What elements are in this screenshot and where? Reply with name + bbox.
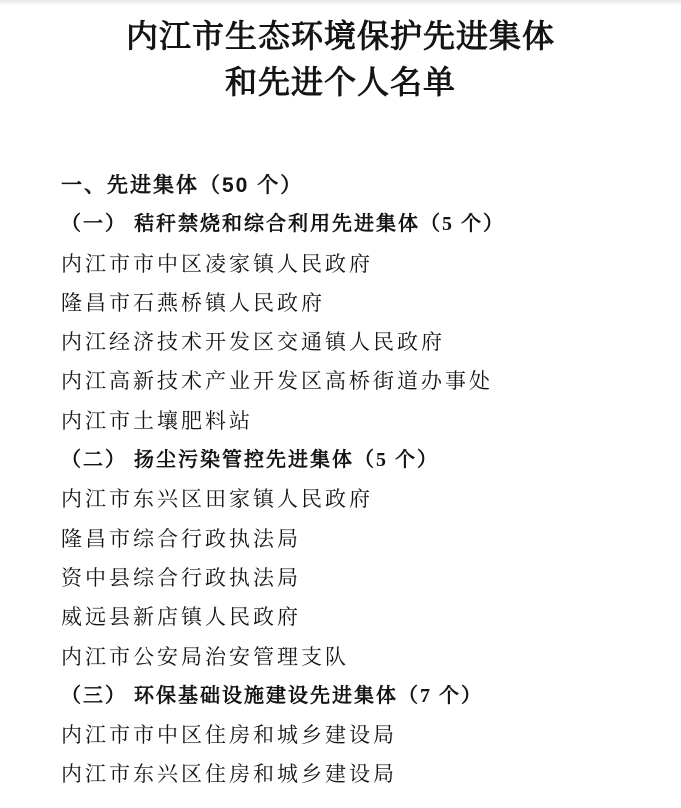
list-item: 资中县综合行政执法局 <box>61 559 681 598</box>
subsection-heading: （三） 环保基础设施建设先进集体（7 个） <box>61 677 681 716</box>
list-item: 内江经济技术开发区交通镇人民政府 <box>61 323 681 362</box>
list-item: 隆昌市石燕桥镇人民政府 <box>61 284 681 323</box>
list-item: 内江市东兴区田家镇人民政府 <box>61 480 681 519</box>
subsection-heading: （一） 秸秆禁烧和综合利用先进集体（5 个） <box>61 205 681 244</box>
list-item: 内江市公安局治安管理支队 <box>61 638 681 677</box>
section-heading: 一、先进集体（50 个） <box>61 166 681 205</box>
list-item: 威远县新店镇人民政府 <box>61 598 681 637</box>
list-item: 内江市市中区住房和城乡建设局 <box>61 716 681 755</box>
list-item: 内江市市中区凌家镇人民政府 <box>61 245 681 284</box>
list-item: 内江市东兴区住房和城乡建设局 <box>61 755 681 794</box>
subsection-heading: （二） 扬尘污染管控先进集体（5 个） <box>61 441 681 480</box>
title-line-2: 和先进个人名单 <box>0 59 681 105</box>
title-line-1: 内江市生态环境保护先进集体 <box>0 13 681 59</box>
list-item: 内江高新技术产业开发区高桥街道办事处 <box>61 362 681 401</box>
page-top-edge <box>0 0 681 6</box>
list-item: 内江市土壤肥料站 <box>61 402 681 441</box>
list-item: 隆昌市综合行政执法局 <box>61 520 681 559</box>
document-title: 内江市生态环境保护先进集体 和先进个人名单 <box>0 13 681 105</box>
document-body: 一、先进集体（50 个） （一） 秸秆禁烧和综合利用先进集体（5 个） 内江市市… <box>61 166 681 795</box>
document-page: 内江市生态环境保护先进集体 和先进个人名单 一、先进集体（50 个） （一） 秸… <box>0 0 681 808</box>
